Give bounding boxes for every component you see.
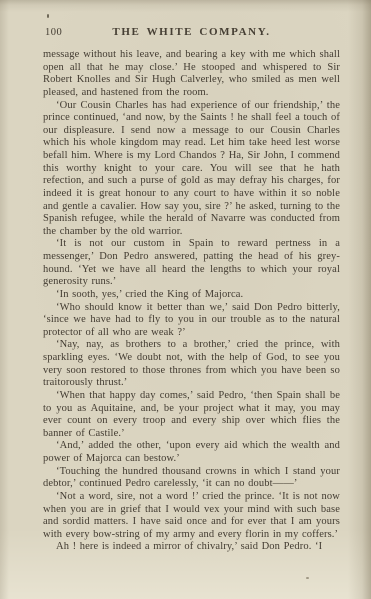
scan-speck xyxy=(306,577,309,579)
paragraph: ‘Who should know it better than we,’ sai… xyxy=(43,302,340,340)
paragraph: ‘It is not our custom in Spain to reward… xyxy=(43,238,340,289)
scan-speck xyxy=(47,14,49,18)
paragraph: ‘And,’ added the other, ‘upon every aid … xyxy=(43,440,340,465)
paragraph: ‘Touching the hundred thousand crowns in… xyxy=(43,466,340,491)
running-head: 100 THE WHITE COMPANY. xyxy=(43,26,340,42)
paragraph: ‘Nay, nay, as brothers to a brother,’ cr… xyxy=(43,339,340,390)
body-text: message without his leave, and bearing a… xyxy=(43,49,340,554)
page-content: 100 THE WHITE COMPANY. message without h… xyxy=(43,26,340,554)
paragraph: ‘In sooth, yes,’ cried the King of Major… xyxy=(43,289,340,302)
paragraph: ‘When that happy day comes,’ said Pedro,… xyxy=(43,390,340,441)
paragraph: Ah ! here is indeed a mirror of chivalry… xyxy=(43,541,340,554)
paragraph: message without his leave, and bearing a… xyxy=(43,49,340,100)
running-title: THE WHITE COMPANY. xyxy=(43,26,340,38)
book-page: 100 THE WHITE COMPANY. message without h… xyxy=(0,0,371,599)
paragraph: ‘Our Cousin Charles has had experience o… xyxy=(43,100,340,239)
paragraph: ‘Not a word, sire, not a word !’ cried t… xyxy=(43,491,340,542)
